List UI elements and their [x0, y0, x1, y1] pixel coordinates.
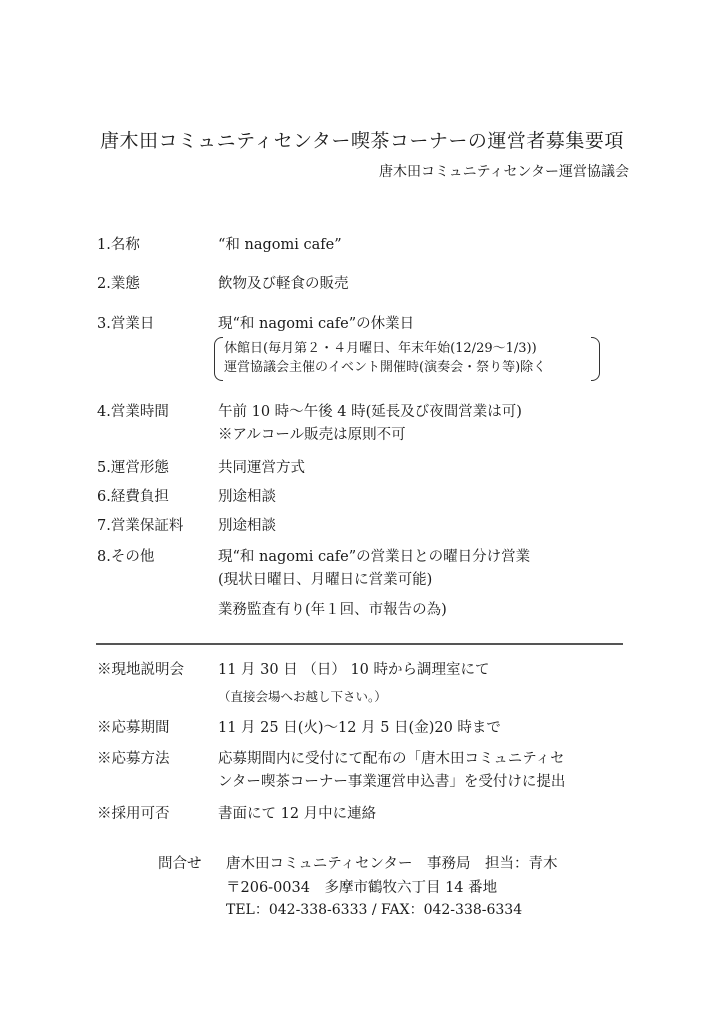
note-label-application-method: ※応募方法 — [97, 747, 170, 768]
note-value-selection: 書面にて 12 月中に連絡 — [218, 802, 376, 823]
item-value-name: “和 nagomi cafe” — [218, 233, 342, 254]
item-value-other-2: (現状日曜日、月曜日に営業可能) — [218, 568, 432, 589]
closed-days-line-1: 休館日(毎月第２・４月曜日、年末年始(12/29～1/3)) — [224, 339, 546, 358]
section-divider — [96, 643, 623, 645]
item-label-expenses: 6.経費負担 — [97, 485, 169, 506]
item-value-alcohol-note: ※アルコール販売は原則不可 — [218, 423, 406, 444]
item-value-other-1: 現“和 nagomi cafe”の営業日との曜日分け営業 — [218, 545, 530, 566]
left-bracket — [214, 337, 223, 381]
item-label-name: 1.名称 — [97, 233, 140, 254]
item-value-deposit: 別途相談 — [218, 514, 276, 535]
item-value-operation-form: 共同運営方式 — [218, 456, 305, 477]
item-label-other: 8.その他 — [97, 545, 154, 566]
contact-address: 〒206-0034 多摩市鶴牧六丁目 14 番地 — [226, 876, 497, 897]
contact-office: 唐木田コミュニティセンター 事務局 担当：青木 — [226, 852, 557, 873]
document-title: 唐木田コミュニティセンター喫茶コーナーの運営者募集要項 — [100, 126, 624, 153]
right-bracket — [591, 337, 600, 381]
note-value-briefing-sub: （直接会場へお越し下さい。） — [218, 687, 387, 705]
item-label-operation-form: 5.運営形態 — [97, 456, 169, 477]
note-value-application-period: 11 月 25 日(火)～12 月 5 日(金)20 時まで — [218, 716, 501, 737]
closed-days-bracket: 休館日(毎月第２・４月曜日、年末年始(12/29～1/3)) 運営協議会主催のイ… — [214, 337, 600, 381]
item-value-business-type: 飲物及び軽食の販売 — [218, 272, 349, 293]
item-label-deposit: 7.営業保証料 — [97, 514, 183, 535]
note-label-application-period: ※応募期間 — [97, 716, 170, 737]
contact-phone-fax: TEL：042-338-6333 / FAX：042-338-6334 — [226, 899, 522, 919]
note-value-application-method-1: 応募期間内に受付にて配布の「唐木田コミュニティセ — [218, 747, 565, 768]
item-label-business-type: 2.業態 — [97, 272, 140, 293]
item-value-business-days: 現“和 nagomi cafe”の休業日 — [218, 312, 414, 333]
note-label-selection: ※採用可否 — [97, 802, 170, 823]
contact-label: 問合せ — [158, 852, 202, 873]
note-label-briefing: ※現地説明会 — [97, 658, 184, 679]
note-value-briefing: 11 月 30 日 （日） 10 時から調理室にて — [218, 658, 490, 679]
item-value-expenses: 別途相談 — [218, 485, 276, 506]
note-value-application-method-2: ンター喫茶コーナー事業運営申込書」を受付けに提出 — [218, 770, 565, 791]
organization-name: 唐木田コミュニティセンター運営協議会 — [379, 161, 629, 181]
item-label-business-days: 3.営業日 — [97, 312, 154, 333]
item-label-business-hours: 4.営業時間 — [97, 400, 169, 421]
item-value-other-3: 業務監査有り(年１回、市報告の為) — [218, 598, 447, 619]
closed-days-line-2: 運営協議会主催のイベント開催時(演奏会・祭り等)除く — [224, 358, 546, 377]
item-value-business-hours: 午前 10 時～午後 4 時(延長及び夜間営業は可) — [218, 400, 522, 421]
closed-days-text: 休館日(毎月第２・４月曜日、年末年始(12/29～1/3)) 運営協議会主催のイ… — [224, 339, 546, 377]
